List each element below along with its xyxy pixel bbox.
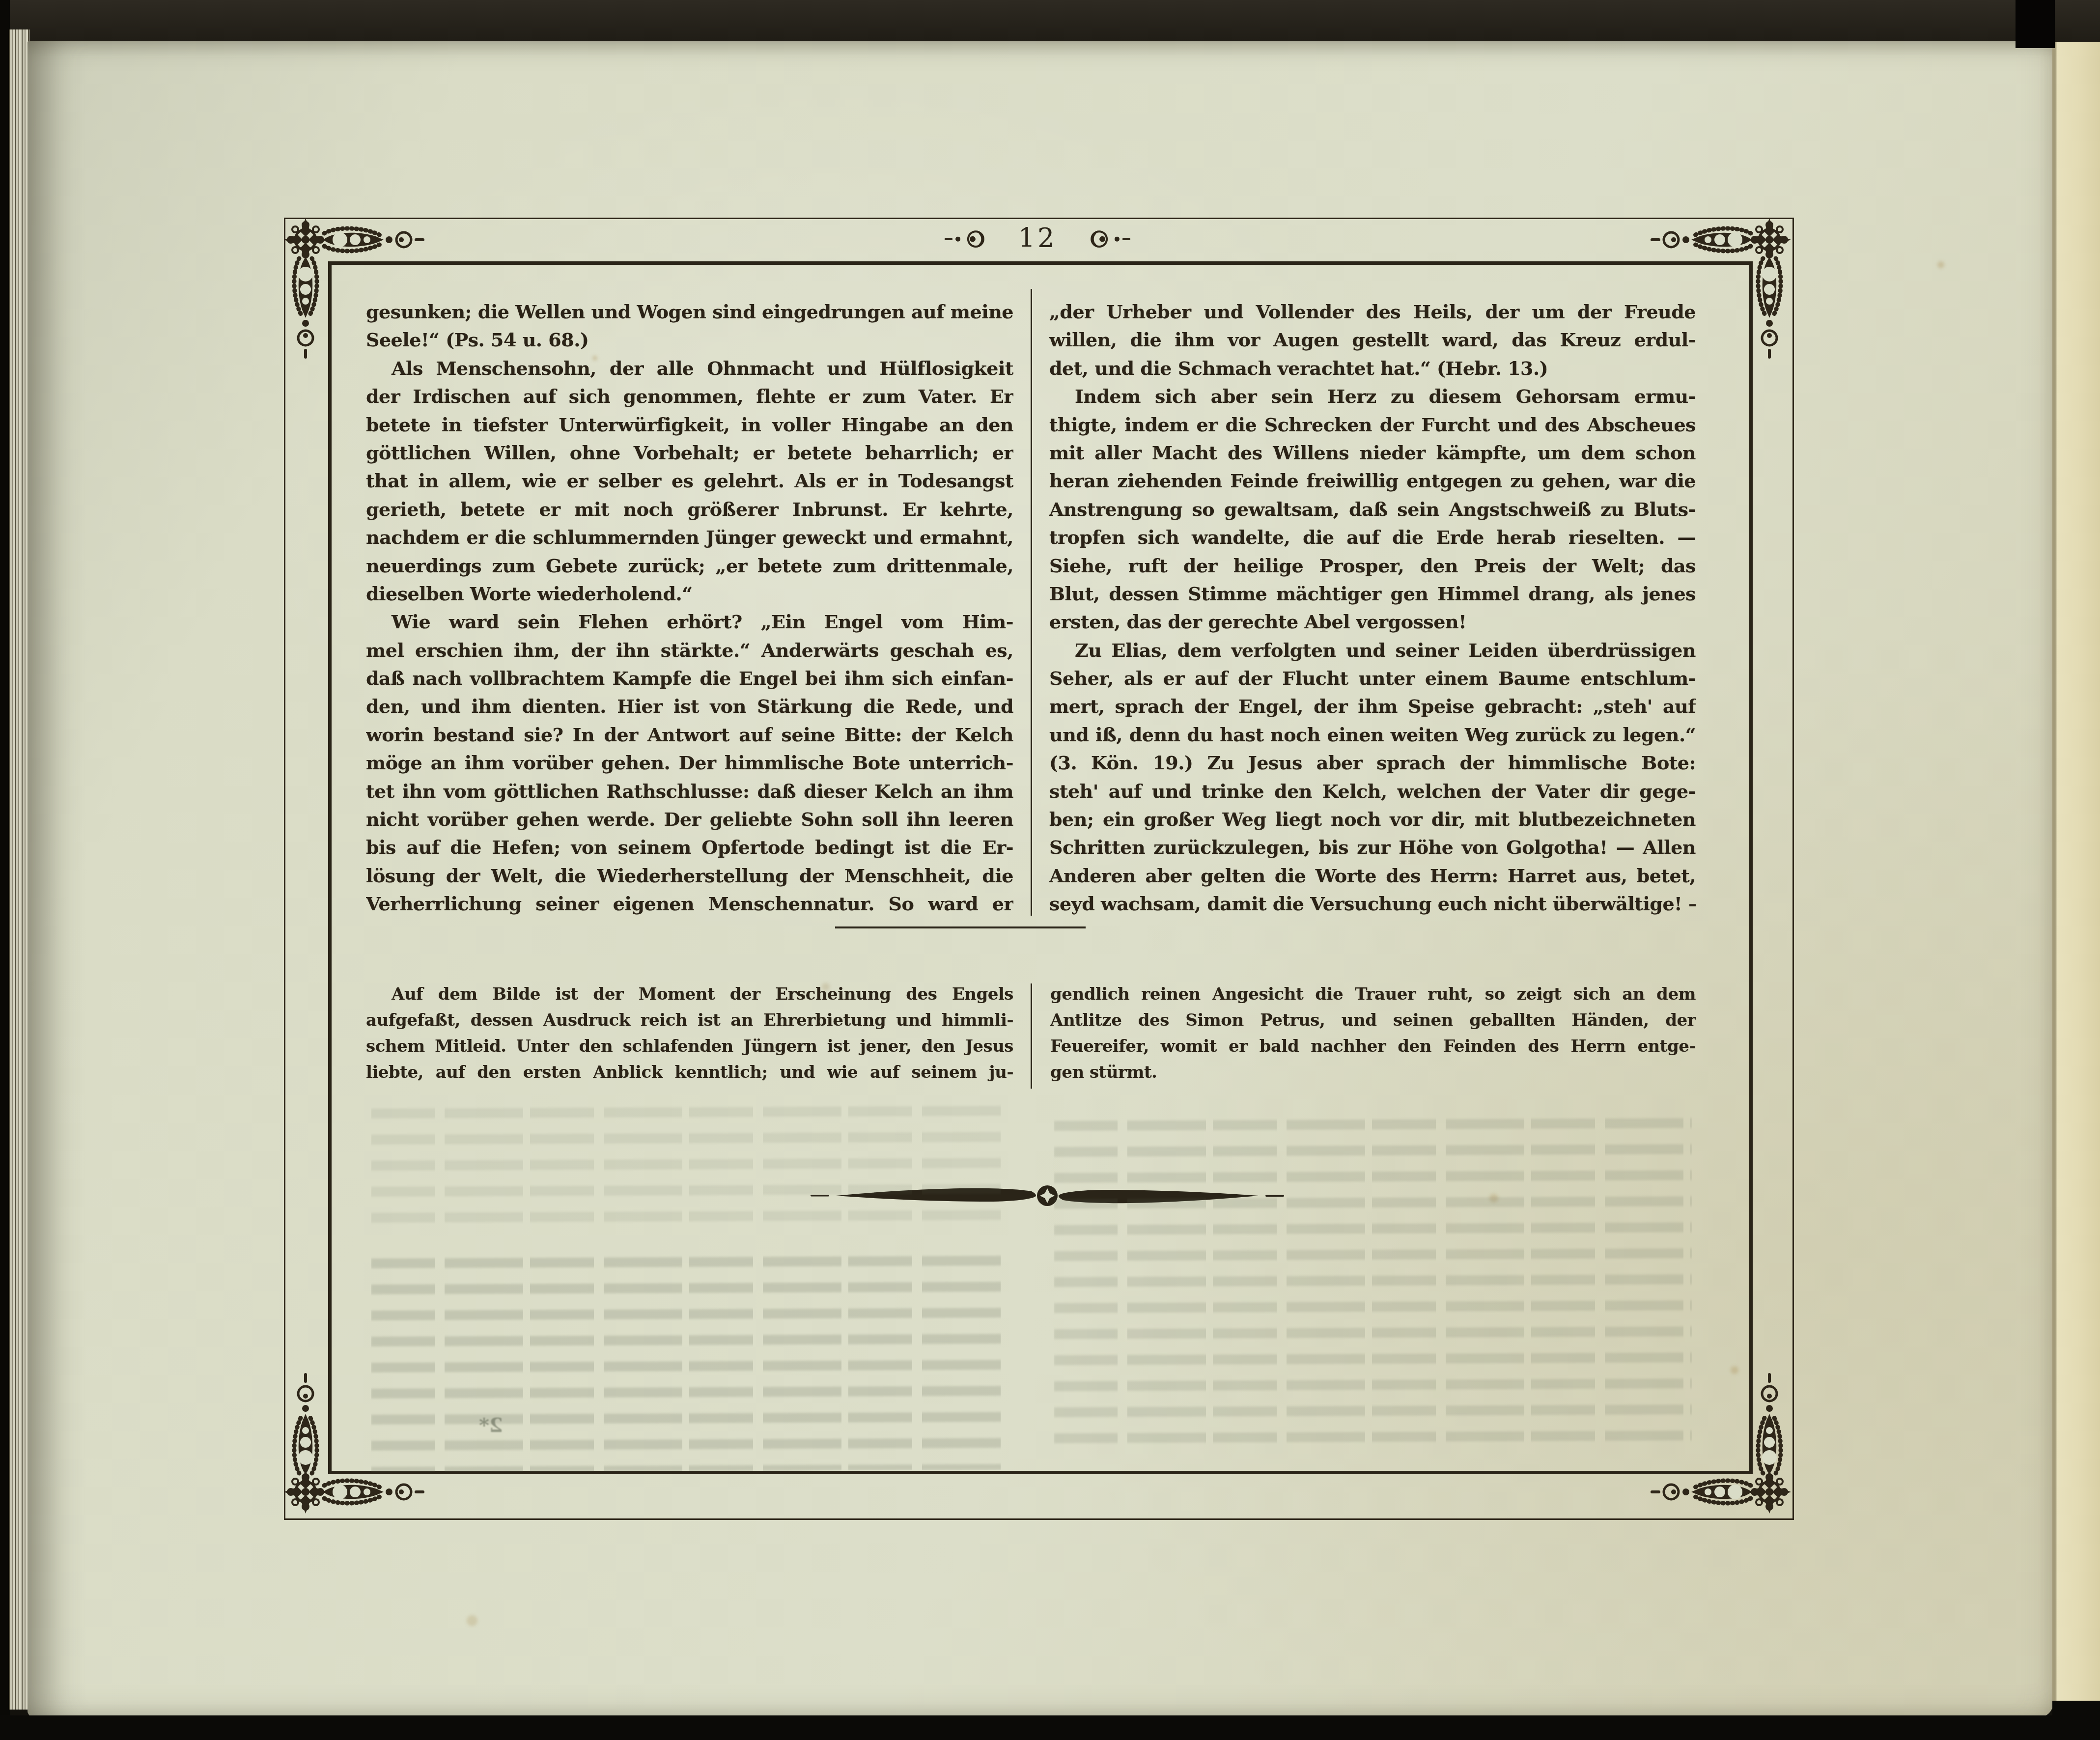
text-line: Seele!“ (Ps. 54 u. 68.) xyxy=(366,326,1013,354)
main-text-right-column: „der Urheber und Vollender des Heils, de… xyxy=(1049,298,1696,918)
divider-flourish-icon xyxy=(807,1180,1288,1211)
text-line: liebte, auf den ersten Anblick kenntlich… xyxy=(366,1060,1013,1086)
text-line: (3. Kön. 19.) Zu Jesus aber sprach der h… xyxy=(1049,749,1696,777)
text-line: det, und die Schmach verachtet hat.“ (He… xyxy=(1049,354,1696,382)
text-line: ersten, das der gerechte Abel vergossen! xyxy=(1049,608,1696,636)
text-line: Zu Elias, dem verfolgten und seiner Leid… xyxy=(1049,636,1696,664)
text-line: Wie ward sein Flehen erhört? „Ein Engel … xyxy=(366,608,1013,636)
text-line: Indem sich aber sein Herz zu diesem Geho… xyxy=(1049,382,1696,410)
corner-ornament-icon xyxy=(283,1367,430,1515)
text-line: gesunken; die Wellen und Wogen sind eing… xyxy=(366,298,1013,326)
book-scan: 12 gesunken; die Wellen und Wogen sind e… xyxy=(0,0,2100,1740)
text-line: aufgefaßt, dessen Ausdruck reich ist an … xyxy=(366,1008,1013,1034)
text-line: steh' auf und trinke den Kelch, welchen … xyxy=(1049,777,1696,805)
text-line: ben; ein großer Weg liegt noch vor dir, … xyxy=(1049,805,1696,833)
text-line: „der Urheber und Vollender des Heils, de… xyxy=(1049,298,1696,326)
text-line: gen stürmt. xyxy=(1050,1060,1696,1086)
corner-ornament-icon xyxy=(1645,1367,1792,1515)
running-head: 12 xyxy=(284,219,1791,260)
text-line: möge an ihm vorüber gehen. Der himmlisch… xyxy=(366,749,1013,777)
text-line: den, und ihm dienten. Hier ist von Stärk… xyxy=(366,692,1013,720)
text-line: Seher, als er auf der Flucht unter einem… xyxy=(1049,664,1696,692)
page-stack-edges xyxy=(9,29,29,1710)
note-column-divider-rule xyxy=(1031,983,1032,1089)
text-line: willen, die ihm vor Augen gestellt ward,… xyxy=(1049,326,1696,354)
text-line: mel erschien ihm, der ihn stärkte.“ Ande… xyxy=(366,636,1013,664)
text-line: betete in tiefster Unterwürfigkeit, in v… xyxy=(366,411,1013,439)
text-line: tropfen sich wandelte, die auf die Erde … xyxy=(1049,523,1696,551)
text-line: und iß, denn du hast noch einen weiten W… xyxy=(1049,721,1696,749)
text-line: Feuereifer, womit er bald nachher den Fe… xyxy=(1050,1034,1696,1060)
text-line: Als Menschensohn, der alle Ohnmacht und … xyxy=(366,354,1013,382)
text-line: dieselben Worte wiederholend.“ xyxy=(366,580,1013,608)
text-line: tet ihn vom göttlichen Rathschlusse: daß… xyxy=(366,777,1013,805)
scanner-background-bottom xyxy=(2052,1701,2100,1740)
header-flourish-icon xyxy=(944,228,1002,251)
header-flourish-icon xyxy=(1073,228,1131,251)
column-divider-rule xyxy=(1031,289,1032,916)
text-line: heran ziehenden Feinde freiwillig entgeg… xyxy=(1049,467,1696,495)
text-line: Verherrlichung seiner eigenen Menschenna… xyxy=(366,890,1013,918)
page-number: 12 xyxy=(1018,225,1057,254)
text-line: der Irdischen auf sich genommen, flehte … xyxy=(366,382,1013,410)
text-line: mit aller Macht des Willens nieder kämpf… xyxy=(1049,439,1696,467)
text-line: lösung der Welt, die Wiederherstellung d… xyxy=(366,862,1013,890)
text-line: neuerdings zum Gebete zurück; „er betete… xyxy=(366,552,1013,580)
text-line: gendlich reinen Angesicht die Trauer ruh… xyxy=(1050,982,1696,1008)
text-line: nicht vorüber gehen werde. Der geliebte … xyxy=(366,805,1013,833)
text-line: schem Mitleid. Unter den schlafenden Jün… xyxy=(366,1034,1013,1060)
text-line: seyd wachsam, damit die Versuchung euch … xyxy=(1049,890,1696,918)
text-line: Auf dem Bilde ist der Moment der Erschei… xyxy=(366,982,1013,1008)
page-gap-notch xyxy=(2016,0,2055,48)
scanner-background-left xyxy=(0,0,10,1740)
scanner-background-top xyxy=(0,0,2100,43)
next-page-edge xyxy=(2052,42,2100,1704)
text-line: mert, sprach der Engel, der ihm Speise g… xyxy=(1049,692,1696,720)
note-text-right-column: gendlich reinen Angesicht die Trauer ruh… xyxy=(1050,982,1696,1086)
text-line: Schritten zurückzulegen, bis zur Höhe vo… xyxy=(1049,833,1696,861)
main-text-left-column: gesunken; die Wellen und Wogen sind eing… xyxy=(366,298,1013,918)
text-line: daß nach vollbrachtem Kampfe die Engel b… xyxy=(366,664,1013,692)
text-line: Siehe, ruft der heilige Prosper, den Pre… xyxy=(1049,552,1696,580)
text-line: göttlichen Willen, ohne Vorbehalt; er be… xyxy=(366,439,1013,467)
note-text-left-column: Auf dem Bilde ist der Moment der Erschei… xyxy=(366,982,1013,1086)
show-through-signature-mark: 2* xyxy=(479,1414,503,1437)
text-line: Blut, dessen Stimme mächtiger gen Himmel… xyxy=(1049,580,1696,608)
text-line: thigte, indem er die Schrecken der Furch… xyxy=(1049,411,1696,439)
text-line: worin bestand sie? In der Antwort auf se… xyxy=(366,721,1013,749)
text-line: nachdem er die schlummernden Jünger gewe… xyxy=(366,523,1013,551)
scanner-background-bottom xyxy=(0,1715,2100,1740)
text-line: bis auf die Hefen; von seinem Opfertode … xyxy=(366,833,1013,861)
footnote-separator-rule xyxy=(835,926,1086,928)
text-line: gerieth, betete er mit noch größerer Inb… xyxy=(366,495,1013,523)
text-line: that in allem, wie er selber es gelehrt.… xyxy=(366,467,1013,495)
text-line: Anstrengung so gewaltsam, daß sein Angst… xyxy=(1049,495,1696,523)
text-line: Antlitze des Simon Petrus, und seinen ge… xyxy=(1050,1008,1696,1034)
text-line: Anderen aber gelten die Worte des Herrn:… xyxy=(1049,862,1696,890)
